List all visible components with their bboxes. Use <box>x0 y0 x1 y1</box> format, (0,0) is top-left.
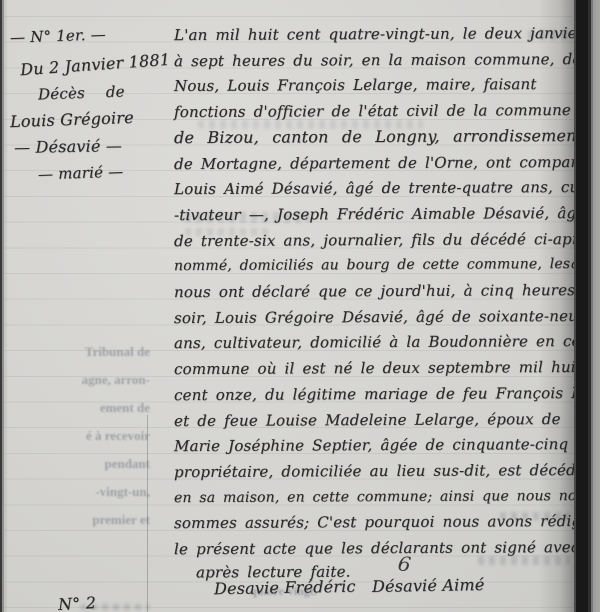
body-line: L'an mil huit cent quatre-vingt-un, le d… <box>174 23 588 45</box>
body-line: à sept heures du soir, en la maison comm… <box>174 49 600 71</box>
binding-shadow <box>538 0 574 612</box>
body-line: de trente-six ans, journalier, fils du d… <box>174 229 596 251</box>
bleedthrough-line: agne, arron- <box>28 366 150 394</box>
signature-aime: Désavié Aimé <box>372 575 485 596</box>
margin-deceased-name: Louis Grégoire <box>10 108 134 131</box>
body-line: Marie Joséphine Septier, âgée de cinquan… <box>174 434 600 456</box>
body-line: en sa maison, en cette commune; ainsi qu… <box>174 486 600 508</box>
page-edge-right <box>593 0 600 612</box>
body-line: -tivateur —, Joseph Frédéric Aimable Dés… <box>174 203 585 225</box>
body-line: soir, Louis Grégoire Désavié, âgé de soi… <box>174 306 584 328</box>
binding-band <box>574 0 593 612</box>
margin-act-type: Décès de <box>38 82 125 104</box>
body-line: Louis Aimé Désavié, âgé de trente-quatre… <box>174 177 590 199</box>
margin-act-number: — N° 1er. — <box>10 25 106 47</box>
body-line: de Mortagne, département de l'Orne, ont … <box>174 152 588 174</box>
bleedthrough-line: é à recevoir <box>28 422 150 450</box>
next-act-number: N° 2 <box>58 593 97 612</box>
body-line: propriétaire, domiciliée au lieu sus-dit… <box>174 460 585 482</box>
bleedthrough-line: Tribunal de <box>28 338 150 366</box>
bleedthrough-line: premier et <box>28 506 150 534</box>
body-line: fonctions d'officier de l'état civil de … <box>174 100 571 122</box>
body-line: et de feue Louise Madeleine Lelarge, épo… <box>174 409 561 431</box>
signature-flourish: 6 <box>396 551 412 577</box>
body-line: ans, cultivateur, domicilié à la Boudonn… <box>174 331 600 353</box>
body-line: cent onze, du légitime mariage de feu Fr… <box>174 383 598 405</box>
margin-date: Du 2 Janvier 1881 <box>20 50 171 79</box>
bleedthrough-margin-block: Tribunal de agne, arron- ement de é à re… <box>28 338 150 534</box>
bleedthrough-line: -vingt-un, <box>28 478 150 506</box>
bleedthrough-line: ement de <box>28 394 150 422</box>
body-line: nous ont déclaré que ce jourd'hui, à cin… <box>174 280 600 302</box>
body-line: de Bizou, canton de Longny, arrondisseme… <box>174 126 583 148</box>
bleedthrough-line: pendant <box>28 450 150 478</box>
margin-status: — marié — <box>38 163 124 185</box>
page-edge-left <box>0 0 9 612</box>
margin-rule-line <box>147 415 148 612</box>
body-line: Nous, Louis François Lelarge, maire, fai… <box>174 74 537 96</box>
scanned-death-record-page: Tribunal de agne, arron- ement de é à re… <box>0 0 600 612</box>
body-line: nommé, domiciliés au bourg de cette comm… <box>174 254 600 276</box>
signature-frederic: Desavie Frédéric <box>214 577 356 598</box>
body-line: commune où il est né le deux septembre m… <box>174 357 582 379</box>
body-line: sommes assurés; C'est pourquoi nous avon… <box>174 511 590 533</box>
body-line: le présent acte que les déclarants ont s… <box>174 537 600 559</box>
margin-deceased-surname: — Désavié — <box>14 136 122 157</box>
